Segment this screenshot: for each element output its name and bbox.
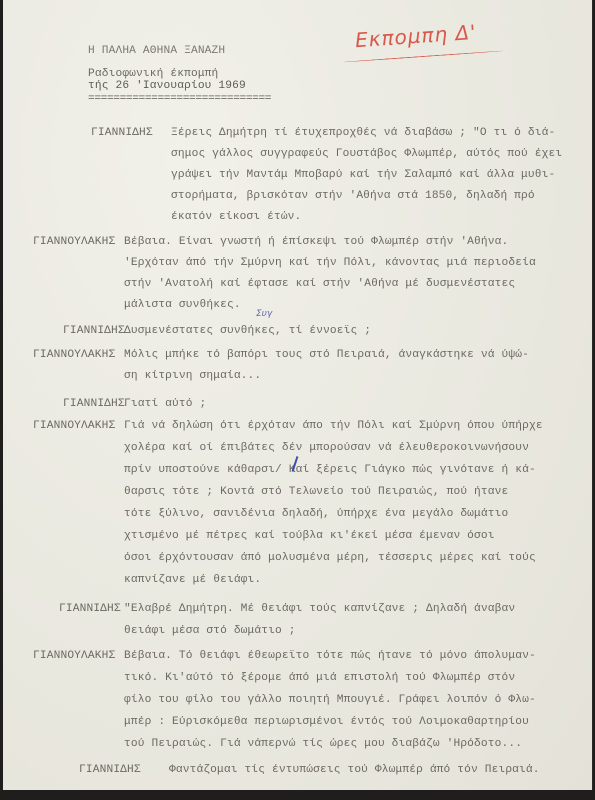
typewritten-page: Η ΠΑΛΗΑ ΑΘΗΝΑ ΞΑΝΑΖΗ Ραδιοφωνική έκπομπή… — [3, 0, 593, 790]
speaker-label: ΓΙΑΝΝΟΥΛΑΚΗΣ — [33, 420, 115, 432]
dialogue-line: σημος γάλλος συγγραφεύς Γουστάβος Φλωμπέ… — [171, 148, 562, 160]
dialogue-line: Γιά νά δηλώση ότι έρχόταν άπο τήν Πόλι κ… — [124, 420, 543, 432]
dialogue-line: χτισμένο μέ πέτρες καί τούβλα κι'έκεί μέ… — [124, 530, 495, 542]
dialogue-line: Ξέρεις Δημήτρη τί έτυχεπροχθές νά διαβάσ… — [171, 127, 555, 139]
dialogue-line: πρίν υποστούνε κάθαρσι/ Καί ξέρεις Γιάγκ… — [124, 464, 536, 476]
speaker-label: ΓΙΑΝΝΙΔΗΣ — [59, 603, 121, 615]
dialogue-line: τού Πειραιώς. Γιά νάπερνώ τίς ώρες μου δ… — [124, 738, 522, 750]
document-subtitle: Ραδιοφωνική έκπομπή — [88, 68, 218, 80]
dialogue-line: ση κίτρινη σημαία... — [124, 370, 261, 382]
blue-margin-annotation: Συγ — [256, 309, 272, 319]
dialogue-line: "Ελαβρέ Δημήτρη. Μέ θειάφι τούς καπνίζαν… — [124, 603, 515, 615]
dialogue-line: Φαντάζομαι τίς έντυπώσεις τού Φλωμπέρ άπ… — [169, 764, 540, 776]
header-divider: ============================= — [88, 93, 271, 105]
dialogue-line: όσοι έρχόντουσαν άπό μολυσμένα μέρη, τέσ… — [124, 552, 536, 564]
document-date: τής 26 'Ιανουαρίου 1969 — [88, 80, 246, 92]
speaker-label: ΓΙΑΝΝΙΔΗΣ — [63, 398, 125, 410]
speaker-label: ΓΙΑΝΝΙΔΗΣ — [63, 325, 125, 337]
handwritten-underline — [343, 50, 503, 62]
handwritten-episode-note: Εκπομπη Δ' — [354, 20, 477, 52]
dialogue-line: 'Ερχόταν άπό τήν Σμύρνη καί τήν Πόλι, κά… — [124, 257, 536, 269]
dialogue-line: τότε ξύλινο, σανιδένια δηλαδή, ύπήρχε έν… — [124, 508, 508, 520]
dialogue-line: Βέβαια. Είναι γνωστή ή έπίσκεψι τού Φλωμ… — [124, 236, 508, 248]
dialogue-line: χολέρα καί οί έπιβάτες δέν μπορούσαν νά … — [124, 442, 529, 454]
dialogue-line: στήν 'Ανατολή καί έφτασε καί στήν 'Αθήνα… — [124, 278, 515, 290]
speaker-label: ΓΙΑΝΝΙΔΗΣ — [79, 764, 141, 776]
dialogue-line: θειάφι μέσα στό δωμάτιο ; — [124, 625, 296, 637]
scan-border — [0, 790, 595, 800]
dialogue-line: θαρσις τότε ; Κοντά στό Τελωνείο τού Πει… — [124, 486, 508, 498]
document-title: Η ΠΑΛΗΑ ΑΘΗΝΑ ΞΑΝΑΖΗ — [88, 45, 225, 57]
dialogue-line: Βέβαια. Τό θειάφι έθεωρεϊτο τότε πώς ήτα… — [124, 650, 536, 662]
speaker-label: ΓΙΑΝΝΟΥΛΑΚΗΣ — [33, 349, 115, 361]
dialogue-line: στορήματα, βρισκόταν στήν 'Αθήνα στά 185… — [171, 190, 535, 202]
dialogue-line: Μόλις μπήκε τό βαπόρι τους στό Πειραιά, … — [124, 349, 529, 361]
speaker-label: ΓΙΑΝΝΟΥΛΑΚΗΣ — [33, 236, 115, 248]
dialogue-line: γράψει τήν Μαντάμ Μποβαρύ καί τήν Σαλαμπ… — [171, 169, 555, 181]
dialogue-line: μάλιστα συνθήκες. — [124, 299, 241, 311]
dialogue-line: φίλο του φίλο του γάλλο ποιητή Μπουγιέ. … — [124, 694, 536, 706]
dialogue-line: έκατόν είκοσι έτών. — [171, 211, 301, 223]
dialogue-line: τικό. Κι'αύτό τό ξέρομε άπό μιά επιστολή… — [124, 672, 515, 684]
speaker-label: ΓΙΑΝΝΙΔΗΣ — [91, 127, 153, 139]
speaker-label: ΓΙΑΝΝΟΥΛΑΚΗΣ — [33, 650, 115, 662]
dialogue-line: Γιατί αύτό ; — [124, 398, 206, 410]
dialogue-line: Δυσμενέστατες συνθήκες, τί έννοεϊς ; — [124, 325, 371, 337]
dialogue-line: μπέρ : Εύρισκόμεθα περιωρισμένοι έντός τ… — [124, 716, 529, 728]
dialogue-line: καπνίζανε μέ θειάφι. — [124, 574, 261, 586]
